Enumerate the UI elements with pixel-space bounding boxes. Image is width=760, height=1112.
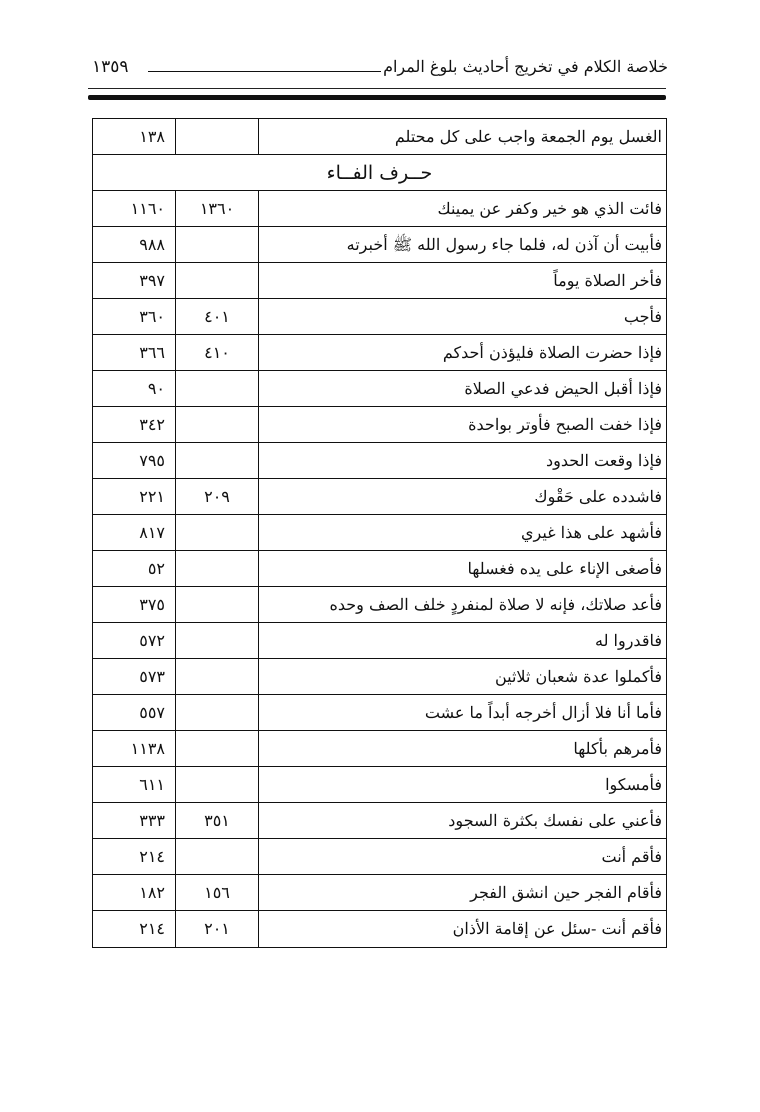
page-ref-cell: ١٨٢ (93, 875, 175, 910)
page-ref-cell: ٥٢ (93, 551, 175, 586)
page-ref-cell: ١٣٨ (93, 119, 175, 154)
table-row: فاقدروا له٥٧٢ (93, 623, 666, 659)
running-header: خلاصة الكلام في تخريج أحاديث بلوغ المرام… (92, 56, 668, 80)
hadith-number-cell (175, 263, 258, 298)
hadith-text-cell: فأقم أنت (258, 839, 666, 874)
table-row: فإذا وقعت الحدود٧٩٥ (93, 443, 666, 479)
page-number: ١٣٥٩ (92, 56, 129, 78)
table-row: فاشدده على حَقْوك٢٠٩٢٢١ (93, 479, 666, 515)
page-ref-cell: ٢١٤ (93, 911, 175, 947)
hadith-number-cell (175, 371, 258, 406)
hadith-text-cell: فأعني على نفسك بكثرة السجود (258, 803, 666, 838)
page-ref-cell: ٥٧٣ (93, 659, 175, 694)
hadith-number-cell (175, 623, 258, 658)
hadith-number-cell: ٣٥١ (175, 803, 258, 838)
table-row: فأشهد على هذا غيري٨١٧ (93, 515, 666, 551)
hadith-number-cell: ١٣٦٠ (175, 191, 258, 226)
hadith-text-cell: فأقم أنت -سئل عن إقامة الأذان (258, 911, 666, 947)
hadith-text-cell: فائت الذي هو خير وكفر عن يمينك (258, 191, 666, 226)
table-row: فأصغى الإناء على يده فغسلها٥٢ (93, 551, 666, 587)
hadith-number-cell: ٢٠١ (175, 911, 258, 947)
hadith-number-cell: ١٥٦ (175, 875, 258, 910)
hadith-text-cell: فإذا خفت الصبح فأوتر بواحدة (258, 407, 666, 442)
table-row: فأمرهم بأكلها١١٣٨ (93, 731, 666, 767)
page-ref-cell: ٣٩٧ (93, 263, 175, 298)
hadith-text-cell: فأقام الفجر حين انشق الفجر (258, 875, 666, 910)
hadith-number-cell (175, 443, 258, 478)
table-row: فأعد صلاتك، فإنه لا صلاة لمنفردٍ خلف الص… (93, 587, 666, 623)
hadith-text-cell: الغسل يوم الجمعة واجب على كل محتلم (258, 119, 666, 154)
section-header-row: حــرف الفــاء (93, 155, 666, 191)
table-row: فأكملوا عدة شعبان ثلاثين٥٧٣ (93, 659, 666, 695)
table-row: فأقام الفجر حين انشق الفجر١٥٦١٨٢ (93, 875, 666, 911)
section-title: حــرف الفــاء (93, 155, 666, 190)
header-divider-thin (88, 88, 666, 89)
page-ref-cell: ٥٧٢ (93, 623, 175, 658)
table-row: فإذا حضرت الصلاة فليؤذن أحدكم٤١٠٣٦٦ (93, 335, 666, 371)
table-row: فأما أنا فلا أزال أخرجه أبداً ما عشت٥٥٧ (93, 695, 666, 731)
page-ref-cell: ٩٨٨ (93, 227, 175, 262)
hadith-number-cell (175, 731, 258, 766)
book-title: خلاصة الكلام في تخريج أحاديث بلوغ المرام (381, 56, 668, 78)
table-row: فائت الذي هو خير وكفر عن يمينك١٣٦٠١١٦٠ (93, 191, 666, 227)
hadith-text-cell: فإذا أقبل الحيض فدعي الصلاة (258, 371, 666, 406)
table-row: فأخر الصلاة يوماً٣٩٧ (93, 263, 666, 299)
hadith-text-cell: فأكملوا عدة شعبان ثلاثين (258, 659, 666, 694)
hadith-text-cell: فاقدروا له (258, 623, 666, 658)
hadith-text-cell: فأجب (258, 299, 666, 334)
hadith-number-cell (175, 515, 258, 550)
hadith-text-cell: فأعد صلاتك، فإنه لا صلاة لمنفردٍ خلف الص… (258, 587, 666, 622)
page-ref-cell: ٣٧٥ (93, 587, 175, 622)
hadith-number-cell (175, 227, 258, 262)
hadith-number-cell (175, 551, 258, 586)
hadith-number-cell (175, 407, 258, 442)
table-row: فإذا أقبل الحيض فدعي الصلاة٩٠ (93, 371, 666, 407)
page-ref-cell: ١١٣٨ (93, 731, 175, 766)
hadith-text-cell: فإذا وقعت الحدود (258, 443, 666, 478)
page-ref-cell: ٧٩٥ (93, 443, 175, 478)
hadith-text-cell: فأبيت أن آذن له، فلما جاء رسول الله ﷺ أخ… (258, 227, 666, 262)
hadith-number-cell (175, 119, 258, 154)
page-ref-cell: ٦١١ (93, 767, 175, 802)
page-ref-cell: ٣٣٣ (93, 803, 175, 838)
page-ref-cell: ٨١٧ (93, 515, 175, 550)
page-ref-cell: ٥٥٧ (93, 695, 175, 730)
hadith-text-cell: فأمسكوا (258, 767, 666, 802)
page-ref-cell: ١١٦٠ (93, 191, 175, 226)
hadith-number-cell (175, 839, 258, 874)
hadith-number-cell (175, 587, 258, 622)
hadith-text-cell: فأشهد على هذا غيري (258, 515, 666, 550)
table-row: فأجب٤٠١٣٦٠ (93, 299, 666, 335)
hadith-number-cell (175, 659, 258, 694)
page-ref-cell: ٩٠ (93, 371, 175, 406)
table-row: فأقم أنت -سئل عن إقامة الأذان٢٠١٢١٤ (93, 911, 666, 947)
table-row: فإذا خفت الصبح فأوتر بواحدة٣٤٢ (93, 407, 666, 443)
hadith-text-cell: فأصغى الإناء على يده فغسلها (258, 551, 666, 586)
page-ref-cell: ٢٢١ (93, 479, 175, 514)
hadith-number-cell: ٢٠٩ (175, 479, 258, 514)
table-row: فأبيت أن آذن له، فلما جاء رسول الله ﷺ أخ… (93, 227, 666, 263)
hadith-text-cell: فإذا حضرت الصلاة فليؤذن أحدكم (258, 335, 666, 370)
table-row: فأمسكوا٦١١ (93, 767, 666, 803)
table-row: فأقم أنت٢١٤ (93, 839, 666, 875)
table-row: الغسل يوم الجمعة واجب على كل محتلم١٣٨ (93, 119, 666, 155)
page-ref-cell: ٣٤٢ (93, 407, 175, 442)
page-ref-cell: ٣٦٦ (93, 335, 175, 370)
hadith-index-table: الغسل يوم الجمعة واجب على كل محتلم١٣٨حــ… (92, 118, 667, 948)
table-row: فأعني على نفسك بكثرة السجود٣٥١٣٣٣ (93, 803, 666, 839)
hadith-text-cell: فأمرهم بأكلها (258, 731, 666, 766)
hadith-text-cell: فأخر الصلاة يوماً (258, 263, 666, 298)
hadith-number-cell: ٤١٠ (175, 335, 258, 370)
hadith-text-cell: فاشدده على حَقْوك (258, 479, 666, 514)
header-divider-thick (88, 95, 666, 100)
hadith-number-cell: ٤٠١ (175, 299, 258, 334)
hadith-number-cell (175, 767, 258, 802)
page-ref-cell: ٣٦٠ (93, 299, 175, 334)
hadith-number-cell (175, 695, 258, 730)
hadith-text-cell: فأما أنا فلا أزال أخرجه أبداً ما عشت (258, 695, 666, 730)
page-ref-cell: ٢١٤ (93, 839, 175, 874)
header-rule (148, 71, 406, 72)
